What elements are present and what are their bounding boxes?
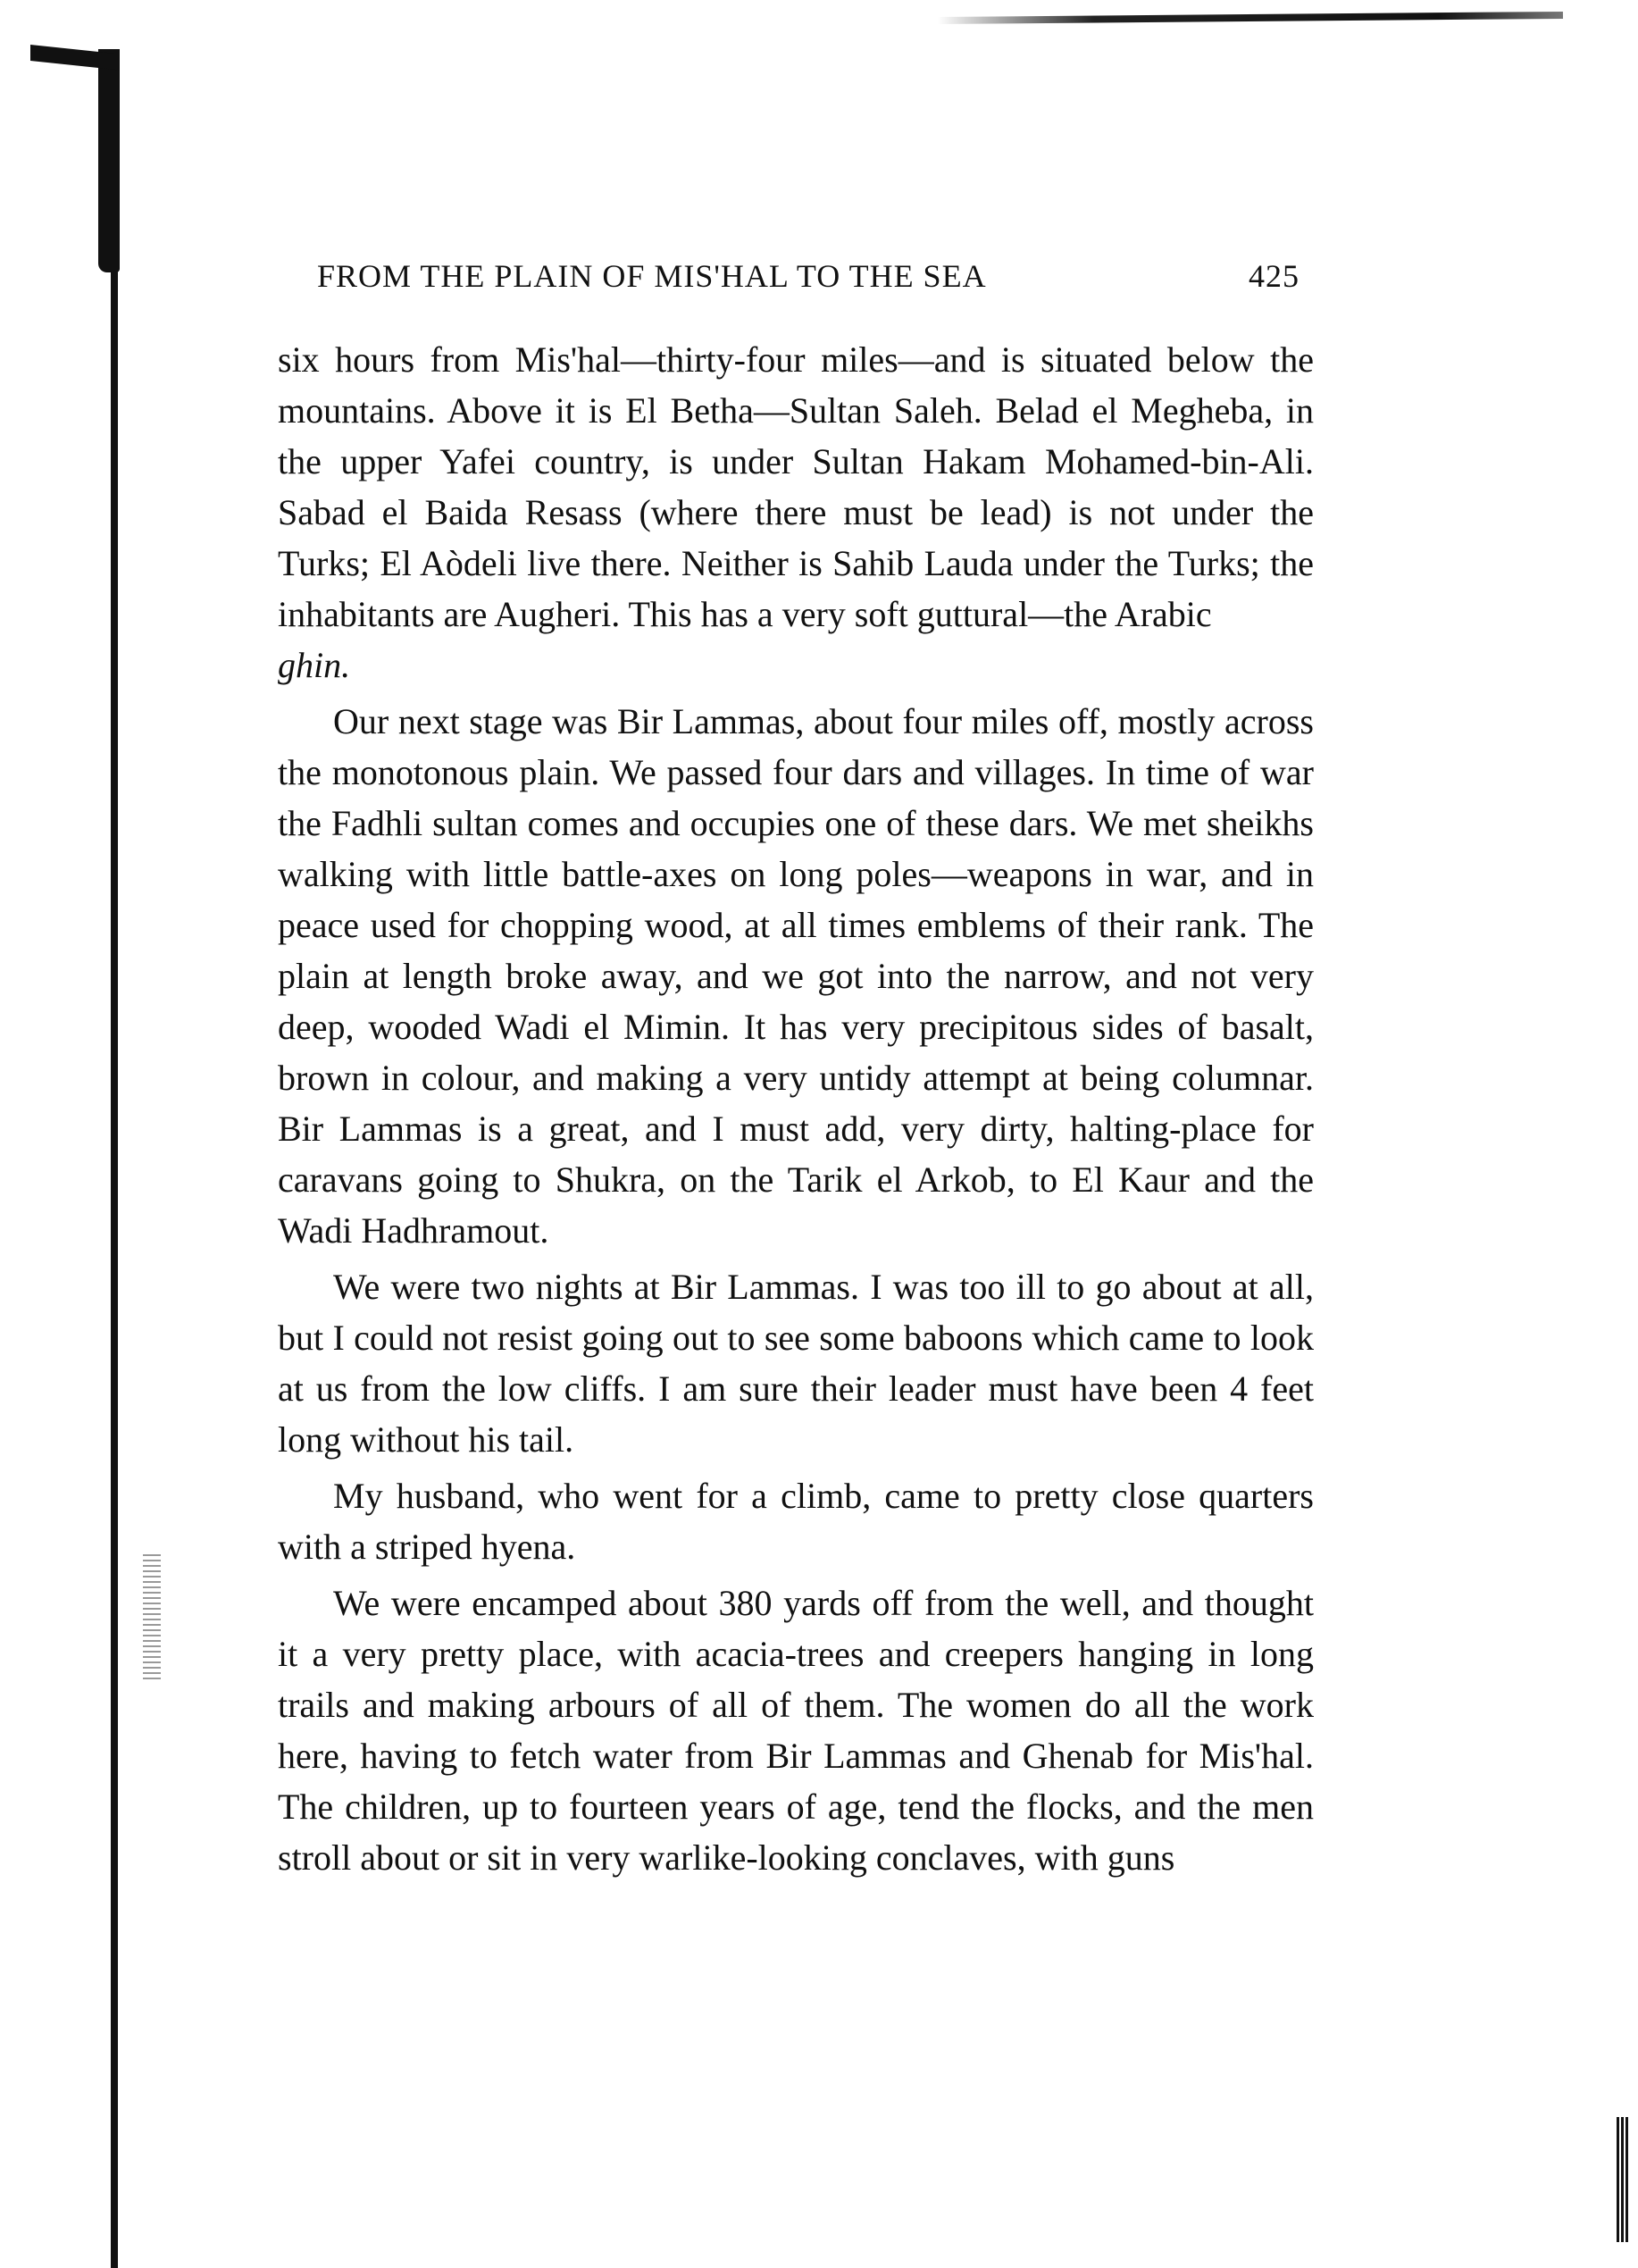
running-header: FROM THE PLAIN OF MIS'HAL TO THE SEA 425 — [317, 257, 1300, 295]
page-body: six hours from Mis'hal—thirty-four miles… — [278, 334, 1314, 1883]
paragraph: We were two nights at Bir Lammas. I was … — [278, 1261, 1314, 1465]
paragraph: We were encamped about 380 yards off fro… — [278, 1578, 1314, 1883]
italic-word: ghin. — [278, 645, 350, 685]
page-top-edge-shadow — [938, 12, 1563, 24]
book-gutter-line — [111, 143, 118, 2268]
page-number: 425 — [1249, 257, 1300, 295]
paragraph: My husband, who went for a climb, came t… — [278, 1470, 1314, 1572]
running-title: FROM THE PLAIN OF MIS'HAL TO THE SEA — [317, 257, 987, 295]
paragraph: Our next stage was Bir Lammas, about fou… — [278, 696, 1314, 1256]
paragraph-continued: six hours from Mis'hal—thirty-four miles… — [278, 334, 1314, 690]
page-edge-mark — [1617, 2117, 1629, 2242]
scan-noise — [143, 1554, 161, 1679]
